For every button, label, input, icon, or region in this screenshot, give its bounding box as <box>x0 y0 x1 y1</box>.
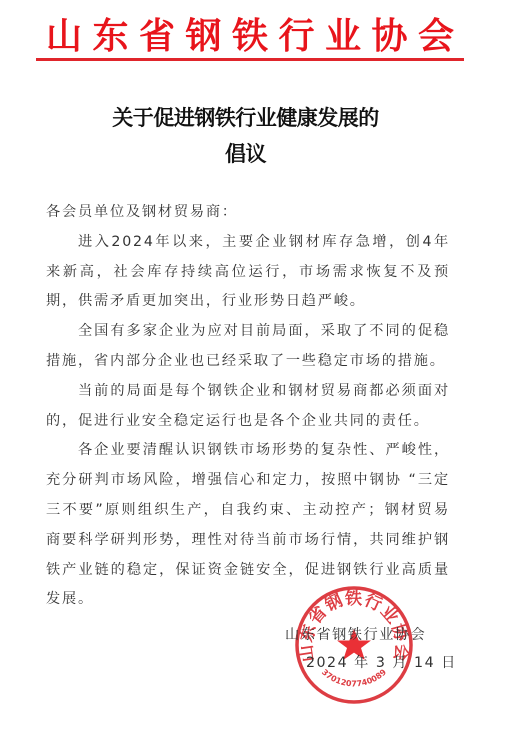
letterhead-char: 省 <box>137 16 177 58</box>
letterhead-char: 东 <box>91 16 131 58</box>
letterhead: 山 东 省 钢 铁 行 业 协 会 <box>36 14 464 64</box>
letterhead-char: 会 <box>416 16 456 58</box>
official-seal: 山东省钢铁行业协会 3701207740089 <box>294 585 414 705</box>
document-title-line-2: 倡议 <box>0 138 505 168</box>
body-paragraph: 当前的局面是每个钢铁企业和钢材贸易商都必须面对的，促进行业安全稳定运行也是各个企… <box>46 377 450 437</box>
signature-organization: 山东省钢铁行业协会 <box>285 624 426 644</box>
letterhead-char: 业 <box>323 16 363 58</box>
letterhead-char: 钢 <box>184 16 224 58</box>
document-title-line-1: 关于促进钢铁行业健康发展的 <box>0 102 505 132</box>
letterhead-char: 山 <box>44 16 84 58</box>
salutation: 各会员单位及钢材贸易商： <box>46 198 450 228</box>
body-paragraph: 全国有多家企业为应对目前局面，采取了不同的促稳措施，省内部分企业也已经采取了一些… <box>46 317 450 377</box>
letterhead-char: 铁 <box>230 16 270 58</box>
letterhead-char: 行 <box>277 16 317 58</box>
letterhead-char: 协 <box>370 16 410 58</box>
body-paragraph: 进入2024年以来，主要企业钢材库存急增，创4年来新高，社会库存持续高位运行，市… <box>46 228 450 317</box>
document-body: 各会员单位及钢材贸易商： 进入2024年以来，主要企业钢材库存急增，创4年来新高… <box>46 198 450 615</box>
letterhead-red-rule <box>36 58 464 61</box>
letterhead-organization-name: 山 东 省 钢 铁 行 业 协 会 <box>44 16 456 58</box>
signature-date: 2024 年 3 月 14 日 <box>306 652 457 672</box>
